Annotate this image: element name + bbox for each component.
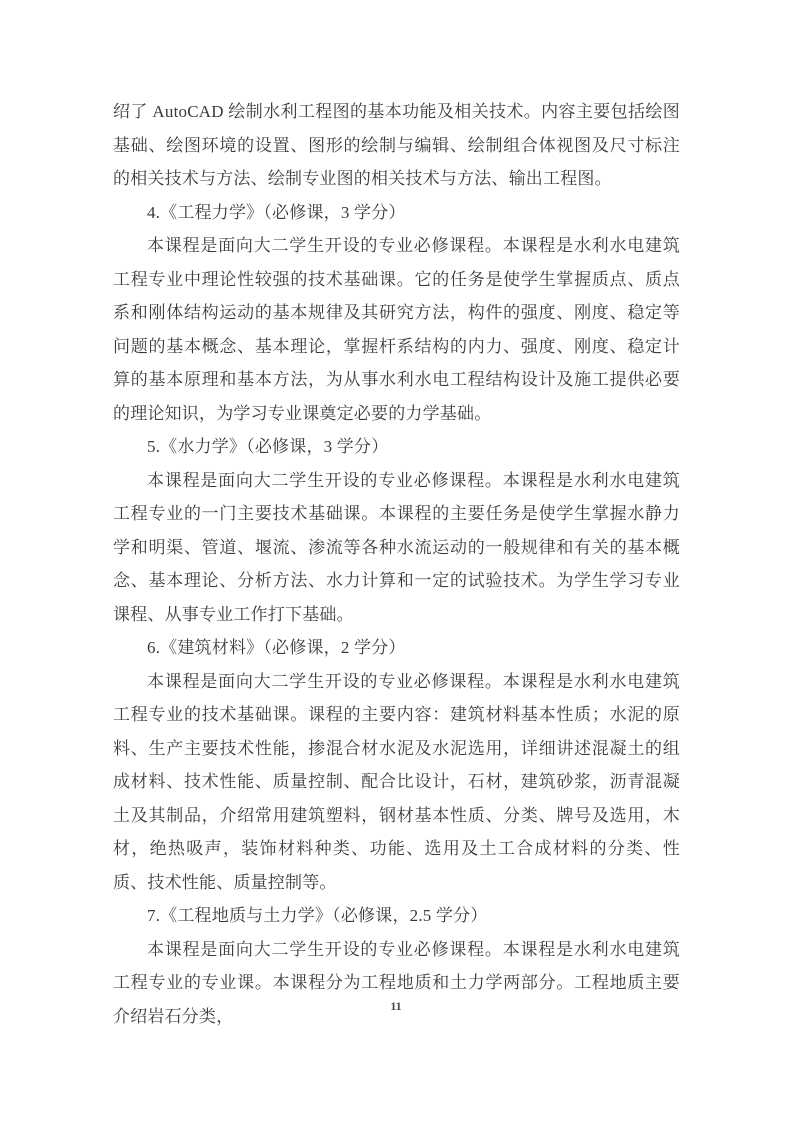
course-description: 本课程是面向大二学生开设的专业必修课程。本课程是水利水电建筑工程专业的一门主要技… bbox=[113, 464, 680, 632]
document-page: 绍了 AutoCAD 绘制水利工程图的基本功能及相关技术。内容主要包括绘图基础、… bbox=[0, 0, 792, 1122]
course-section-hydraulics: 5.《水力学》（必修课，3 学分） 本课程是面向大二学生开设的专业必修课程。本课… bbox=[113, 430, 680, 631]
course-heading: 6.《建筑材料》（必修课，2 学分） bbox=[113, 631, 680, 665]
course-description: 本课程是面向大二学生开设的专业必修课程。本课程是水利水电建筑工程专业的专业课。本… bbox=[113, 933, 680, 1034]
course-section-building-materials: 6.《建筑材料》（必修课，2 学分） 本课程是面向大二学生开设的专业必修课程。本… bbox=[113, 631, 680, 899]
course-section-engineering-mechanics: 4.《工程力学》（必修课，3 学分） 本课程是面向大二学生开设的专业必修课程。本… bbox=[113, 196, 680, 431]
course-description: 本课程是面向大二学生开设的专业必修课程。本课程是水利水电建筑工程专业的技术基础课… bbox=[113, 665, 680, 900]
page-number: 11 bbox=[0, 999, 792, 1014]
page-content: 绍了 AutoCAD 绘制水利工程图的基本功能及相关技术。内容主要包括绘图基础、… bbox=[113, 95, 680, 1033]
course-heading: 4.《工程力学》（必修课，3 学分） bbox=[113, 196, 680, 230]
course-heading: 5.《水力学》（必修课，3 学分） bbox=[113, 430, 680, 464]
course-heading: 7.《工程地质与土力学》（必修课，2.5 学分） bbox=[113, 899, 680, 933]
course-description: 本课程是面向大二学生开设的专业必修课程。本课程是水利水电建筑工程专业中理论性较强… bbox=[113, 229, 680, 430]
paragraph-autocad-continuation: 绍了 AutoCAD 绘制水利工程图的基本功能及相关技术。内容主要包括绘图基础、… bbox=[113, 95, 680, 196]
